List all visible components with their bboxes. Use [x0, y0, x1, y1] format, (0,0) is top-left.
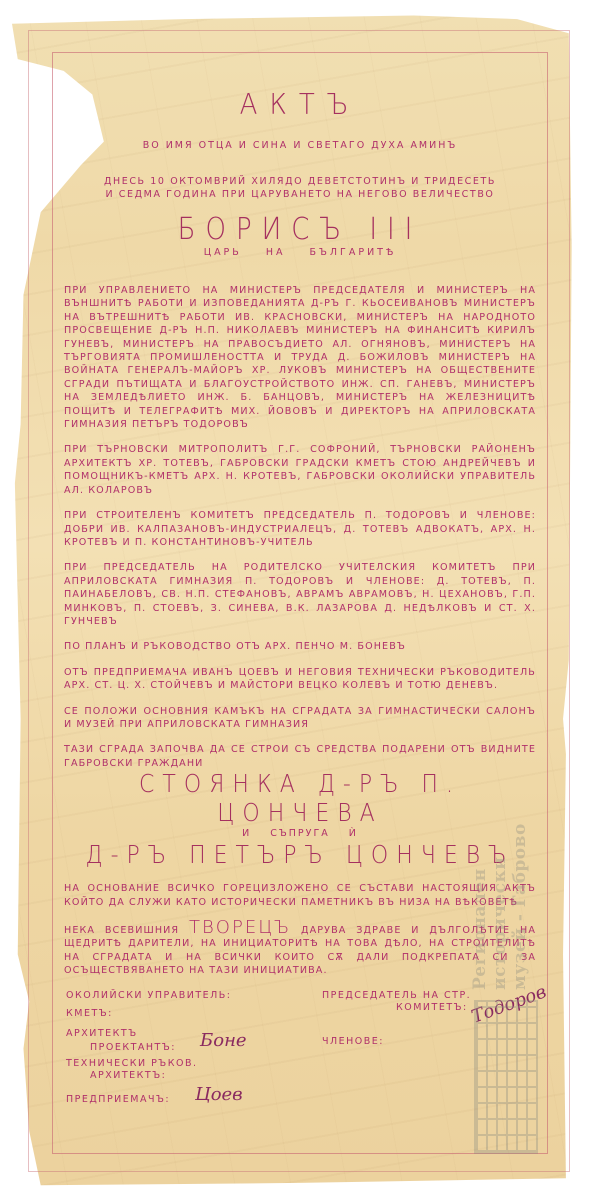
district-governor-label: околийски управитель: — [66, 990, 232, 1001]
date-line-1: днесь 10 октомврий хилядо деветстотинъ и… — [60, 175, 540, 188]
chairman-label-2: комитетъ: — [396, 1002, 468, 1013]
document-content: АКТЪ во имя отца и сина и светаго духа а… — [60, 60, 540, 1140]
donor-name-2: Д-РЪ ПЕТЪРЪ ЦОНЧЕВЪ — [60, 841, 540, 870]
contractor-label: предприемачъ: — [66, 1094, 170, 1105]
tech-supervisor-label-1: технически ръков. — [66, 1058, 197, 1069]
paragraph-blessing: нека всевишния ТВОРЕЦЪ дарува здраве и д… — [60, 921, 540, 978]
paragraph-government: при управлението на министеръ председате… — [60, 284, 540, 431]
architect-label-1: архитектъ — [66, 1028, 138, 1039]
blessing-prefix: нека всевишния — [64, 925, 179, 936]
king-name: БОРИСЪ III — [60, 213, 540, 248]
document-title: АКТЪ — [60, 89, 540, 122]
king-title: царь на българитѣ — [60, 247, 540, 258]
mayor-label: кметъ: — [66, 1008, 113, 1019]
signature-block: околийски управитель: кметъ: архитектъ п… — [60, 990, 540, 1140]
date-statement: днесь 10 октомврий хилядо деветстотинъ и… — [60, 175, 540, 201]
architect-signature: Боне — [200, 1030, 247, 1051]
architect-label-2: проектантъ: — [90, 1042, 176, 1053]
paragraph-foundation-stone: се положи основния камъкъ на сградата за… — [60, 705, 540, 732]
donor-conjunction: и съпруга ѝ — [60, 828, 540, 839]
paragraph-building-committee: при строителенъ комитетъ председатель п.… — [60, 509, 540, 549]
date-line-2: и седма година при царуването на негово … — [60, 188, 540, 201]
contractor-signature: Цоев — [195, 1084, 243, 1105]
paragraph-officials: при търновски митрополитъ г.г. софроний,… — [60, 443, 540, 497]
paragraph-closing: на основание всичко горецизложено се със… — [60, 882, 540, 909]
tech-supervisor-label-2: архитектъ: — [90, 1070, 166, 1081]
paragraph-contractor: отъ предприемача иванъ цоевъ и неговия т… — [60, 666, 540, 693]
blessing-creator: ТВОРЕЦЪ — [189, 917, 291, 938]
paragraph-parent-committee: при председатель на родителско учителски… — [60, 561, 540, 628]
invocation: во имя отца и сина и светаго духа аминъ — [60, 140, 540, 151]
donor-name-1: СТОЯНКА Д-РЪ П. ЦОНЧЕВА — [60, 770, 540, 828]
paragraph-plan: по планъ и ръководство отъ арх. пенчо м.… — [60, 640, 540, 653]
paragraph-funding: тази сграда започва да се строи съ средс… — [60, 743, 540, 770]
members-label: членове: — [322, 1036, 384, 1047]
chairman-label-1: председатель на стр. — [322, 990, 471, 1001]
chairman-signature: Тодоров — [469, 981, 549, 1027]
